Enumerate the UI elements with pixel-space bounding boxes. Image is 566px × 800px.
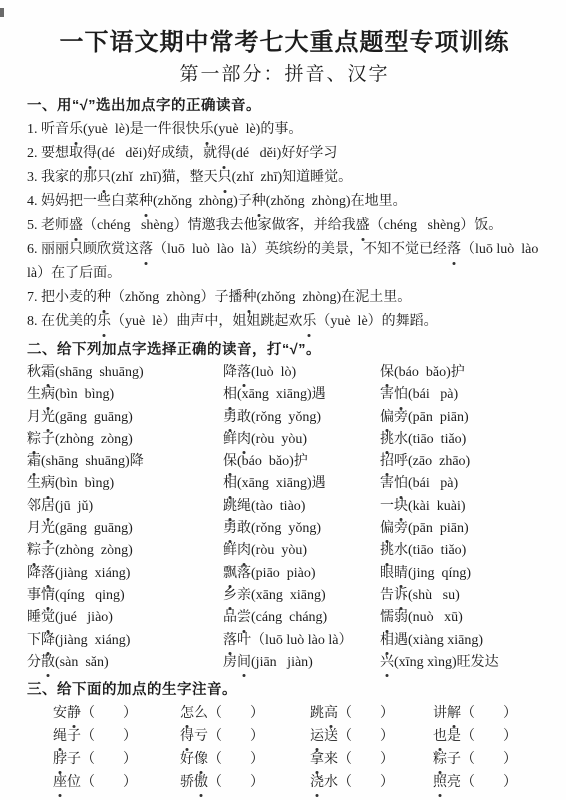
dotted-char: 粽 — [433, 748, 447, 771]
annotation-blank-cell: 跳高（ ） — [310, 702, 433, 725]
pinyin-choice-cell: 降落(luò lò) — [223, 362, 380, 384]
pinyin-choice-cell: 懦弱(nuò xū) — [380, 607, 556, 629]
dotted-char: 种 — [97, 286, 111, 310]
question-sentence: 8. 在优美的乐（yuè lè）曲声中，姐姐跳起欢乐（yuè lè）的舞蹈。 — [27, 310, 556, 334]
dotted-char: 招 — [380, 451, 394, 473]
pinyin-choice-cell: 月光(gāng guāng) — [27, 407, 223, 429]
dotted-char: 也 — [433, 725, 447, 748]
dotted-char: 跳 — [223, 496, 237, 518]
dotted-char: 粽 — [27, 540, 41, 562]
pinyin-choice-cell: 相(xāng xiāng)遇 — [223, 384, 380, 406]
dotted-char: 勇 — [223, 407, 237, 429]
dotted-char: 照 — [433, 771, 447, 794]
section3-heading: 三、给下面的加点的生字注音。 — [27, 678, 556, 699]
dotted-char: 情 — [41, 585, 55, 607]
dotted-char: 乐 — [69, 118, 83, 142]
pinyin-choice-cell: 粽子(zhòng zòng) — [27, 540, 223, 562]
worksheet-page: 一下语文期中常考七大重点题型专项训练 第一部分：拼音、汉字 一、用“√”选出加点… — [0, 0, 566, 800]
dotted-char: 诉 — [394, 585, 408, 607]
pinyin-choice-cell: 生病(bìn bìng) — [27, 384, 223, 406]
section1-item-list: 1. 听音乐(yuè lè)是一件很快乐(yuè lè)的事。2. 要想取得(d… — [27, 118, 556, 334]
dotted-char: 种 — [139, 190, 153, 214]
dotted-char: 乐 — [97, 310, 111, 334]
dotted-char: 解 — [447, 702, 461, 725]
pinyin-choice-cell: 相遇(xiàng xiāng) — [380, 630, 556, 652]
pinyin-choice-cell: 跳绳(tào tiào) — [223, 496, 380, 518]
question-sentence: 3. 我家的那只(zhǐ zhī)猫，整天只(zhǐ zhī)知道睡觉。 — [27, 166, 556, 190]
pinyin-choice-cell: 睡觉(jué jiào) — [27, 607, 223, 629]
dotted-char: 霜 — [41, 362, 55, 384]
dotted-char: 像 — [194, 748, 208, 771]
pinyin-choice-cell: 乡亲(xāng xiāng) — [223, 585, 380, 607]
section2-heading: 二、给下列加点字选择正确的读音，打“√”。 — [27, 338, 556, 359]
dotted-char: 睛 — [394, 563, 408, 585]
dotted-char: 只 — [97, 166, 111, 190]
pinyin-choice-cell: 一块(kài kuài) — [380, 496, 556, 518]
pinyin-choice-cell: 鲜肉(ròu yòu) — [223, 540, 380, 562]
dotted-char: 座 — [53, 771, 67, 794]
annotation-blank-cell: 座位（ ） — [53, 771, 180, 794]
question-sentence: 6. 丽丽只顾欣赏这落（luō luò lào là）英缤纷的美景，不知不觉已经… — [27, 238, 556, 286]
scan-artifact — [0, 8, 4, 17]
dotted-char: 霜 — [27, 451, 41, 473]
pinyin-choice-cell: 偏旁(pān piān) — [380, 518, 556, 540]
pinyin-choice-cell: 招呼(zāo zhāo) — [380, 451, 556, 473]
dotted-char: 怎 — [180, 702, 194, 725]
page-title: 一下语文期中常考七大重点题型专项训练 — [27, 22, 542, 57]
section3-annotation-grid: 安静（ ）怎么（ ）跳高（ ）讲解（ ）绳子（ ）得亏（ ）运送（ ）也是（ ）… — [27, 702, 556, 794]
dotted-char: 种 — [252, 190, 266, 214]
annotation-blank-cell: 好像（ ） — [180, 748, 310, 771]
dotted-char: 病 — [41, 473, 55, 495]
dotted-char: 落 — [447, 238, 461, 262]
annotation-blank-cell: 也是（ ） — [433, 725, 556, 748]
pinyin-choice-cell: 飘落(piāo piào) — [223, 563, 380, 585]
dotted-char: 光 — [41, 518, 55, 540]
dotted-char: 降 — [41, 630, 55, 652]
dotted-char: 盛 — [356, 214, 370, 238]
dotted-char: 觉 — [41, 607, 55, 629]
dotted-char: 得 — [180, 725, 194, 748]
dotted-char: 拿 — [310, 748, 324, 771]
question-sentence: 7. 把小麦的种（zhǒng zhòng）子播种(zhǒng zhòng)在泥土… — [27, 286, 556, 310]
dotted-char: 勇 — [223, 518, 237, 540]
dotted-char: 得 — [83, 142, 97, 166]
pinyin-choice-cell: 勇敢(rǒng yǒng) — [223, 407, 380, 429]
dotted-char: 绳 — [53, 725, 67, 748]
dotted-char: 块 — [394, 496, 408, 518]
dotted-char: 尝 — [237, 607, 251, 629]
pinyin-choice-cell: 下降(jiàng xiáng) — [27, 630, 223, 652]
dotted-char: 脖 — [53, 748, 67, 771]
dotted-char: 落 — [139, 238, 153, 262]
annotation-blank-cell: 怎么（ ） — [180, 702, 310, 725]
dotted-char: 相 — [223, 384, 237, 406]
page-subtitle: 第一部分：拼音、汉字 — [27, 59, 542, 86]
pinyin-choice-cell: 告诉(shù su) — [380, 585, 556, 607]
dotted-char: 盛 — [69, 214, 83, 238]
pinyin-choice-cell: 品尝(cáng cháng) — [223, 607, 380, 629]
annotation-blank-cell: 照亮（ ） — [433, 771, 556, 794]
dotted-char: 怕 — [394, 473, 408, 495]
pinyin-choice-cell: 眼睛(jing qíng) — [380, 563, 556, 585]
dotted-char: 肉 — [237, 429, 251, 451]
pinyin-choice-cell: 挑水(tiāo tiǎo) — [380, 429, 556, 451]
section2-pinyin-grid: 秋霜(shāng shuāng)降落(luò lò)保(báo bǎo)护生病(… — [27, 362, 556, 674]
pinyin-choice-cell: 落叶（luō luò lào là） — [223, 630, 380, 652]
annotation-blank-cell: 运送（ ） — [310, 725, 433, 748]
dotted-char: 偏 — [380, 518, 394, 540]
dotted-char: 静 — [67, 702, 81, 725]
annotation-blank-cell: 绳子（ ） — [53, 725, 180, 748]
dotted-char: 落 — [223, 630, 237, 652]
pinyin-choice-cell: 害怕(bái pà) — [380, 384, 556, 406]
question-sentence: 5. 老师盛（chéng shèng）情邀我去他家做客，并给我盛（chéng s… — [27, 214, 556, 238]
dotted-char: 光 — [41, 407, 55, 429]
pinyin-choice-cell: 害怕(bái pà) — [380, 473, 556, 495]
pinyin-choice-cell: 霜(shāng shuāng)降 — [27, 451, 223, 473]
dotted-char: 兴 — [380, 652, 394, 674]
dotted-char: 散 — [41, 652, 55, 674]
dotted-char: 落 — [237, 362, 251, 384]
dotted-char: 落 — [41, 563, 55, 585]
pinyin-choice-cell: 保(báo bǎo)护 — [223, 451, 380, 473]
dotted-char: 保 — [380, 362, 394, 384]
dotted-char: 得 — [217, 142, 231, 166]
annotation-blank-cell: 骄傲（ ） — [180, 771, 310, 794]
dotted-char: 怕 — [394, 384, 408, 406]
question-sentence: 2. 要想取得(dé děi)好成绩，就得(dé děi)好好学习 — [27, 142, 556, 166]
dotted-char: 肉 — [237, 540, 251, 562]
pinyin-choice-cell: 生病(bìn bìng) — [27, 473, 223, 495]
annotation-blank-cell: 讲解（ ） — [433, 702, 556, 725]
annotation-blank-cell: 得亏（ ） — [180, 725, 310, 748]
dotted-char: 只 — [218, 166, 232, 190]
dotted-char: 高 — [324, 702, 338, 725]
pinyin-choice-cell: 偏旁(pān piān) — [380, 407, 556, 429]
dotted-char: 居 — [41, 496, 55, 518]
question-sentence: 1. 听音乐(yuè lè)是一件很快乐(yuè lè)的事。 — [27, 118, 556, 142]
pinyin-choice-cell: 降落(jiàng xiáng) — [27, 563, 223, 585]
dotted-char: 懦 — [380, 607, 394, 629]
pinyin-choice-cell: 粽子(zhòng zòng) — [27, 429, 223, 451]
pinyin-choice-cell: 兴(xīng xìng)旺发达 — [380, 652, 556, 674]
section1-heading: 一、用“√”选出加点字的正确读音。 — [27, 94, 556, 115]
pinyin-choice-cell: 挑水(tiāo tiǎo) — [380, 540, 556, 562]
dotted-char: 乐 — [200, 118, 214, 142]
dotted-char: 间 — [237, 652, 251, 674]
dotted-char: 偏 — [380, 407, 394, 429]
dotted-char: 挑 — [380, 540, 394, 562]
annotation-blank-cell: 拿来（ ） — [310, 748, 433, 771]
pinyin-choice-cell: 房间(jiān jiàn) — [223, 652, 380, 674]
pinyin-choice-cell: 鲜肉(ròu yòu) — [223, 429, 380, 451]
dotted-char: 相 — [380, 630, 394, 652]
pinyin-choice-cell: 分散(sàn sǎn) — [27, 652, 223, 674]
annotation-blank-cell: 脖子（ ） — [53, 748, 180, 771]
annotation-blank-cell: 粽子（ ） — [433, 748, 556, 771]
pinyin-choice-cell: 秋霜(shāng shuāng) — [27, 362, 223, 384]
dotted-char: 浇 — [310, 771, 324, 794]
dotted-char: 保 — [223, 451, 237, 473]
annotation-blank-cell: 浇水（ ） — [310, 771, 433, 794]
pinyin-choice-cell: 邻居(jū jǔ) — [27, 496, 223, 518]
dotted-char: 乡 — [223, 585, 237, 607]
dotted-char: 粽 — [27, 429, 41, 451]
dotted-char: 相 — [223, 473, 237, 495]
pinyin-choice-cell: 保(báo bǎo)护 — [380, 362, 556, 384]
pinyin-choice-cell: 相(xāng xiāng)遇 — [223, 473, 380, 495]
dotted-char: 种 — [242, 286, 256, 310]
question-sentence: 4. 妈妈把一些白菜种(zhǒng zhòng)子种(zhǒng zhòng)在… — [27, 190, 556, 214]
pinyin-choice-cell: 月光(gāng guāng) — [27, 518, 223, 540]
dotted-char: 飘 — [223, 563, 237, 585]
annotation-blank-cell: 安静（ ） — [53, 702, 180, 725]
pinyin-choice-cell: 勇敢(rǒng yǒng) — [223, 518, 380, 540]
dotted-char: 挑 — [380, 429, 394, 451]
dotted-char: 运 — [310, 725, 324, 748]
pinyin-choice-cell: 事情(qíng qing) — [27, 585, 223, 607]
dotted-char: 病 — [41, 384, 55, 406]
dotted-char: 乐 — [302, 310, 316, 334]
dotted-char: 傲 — [194, 771, 208, 794]
